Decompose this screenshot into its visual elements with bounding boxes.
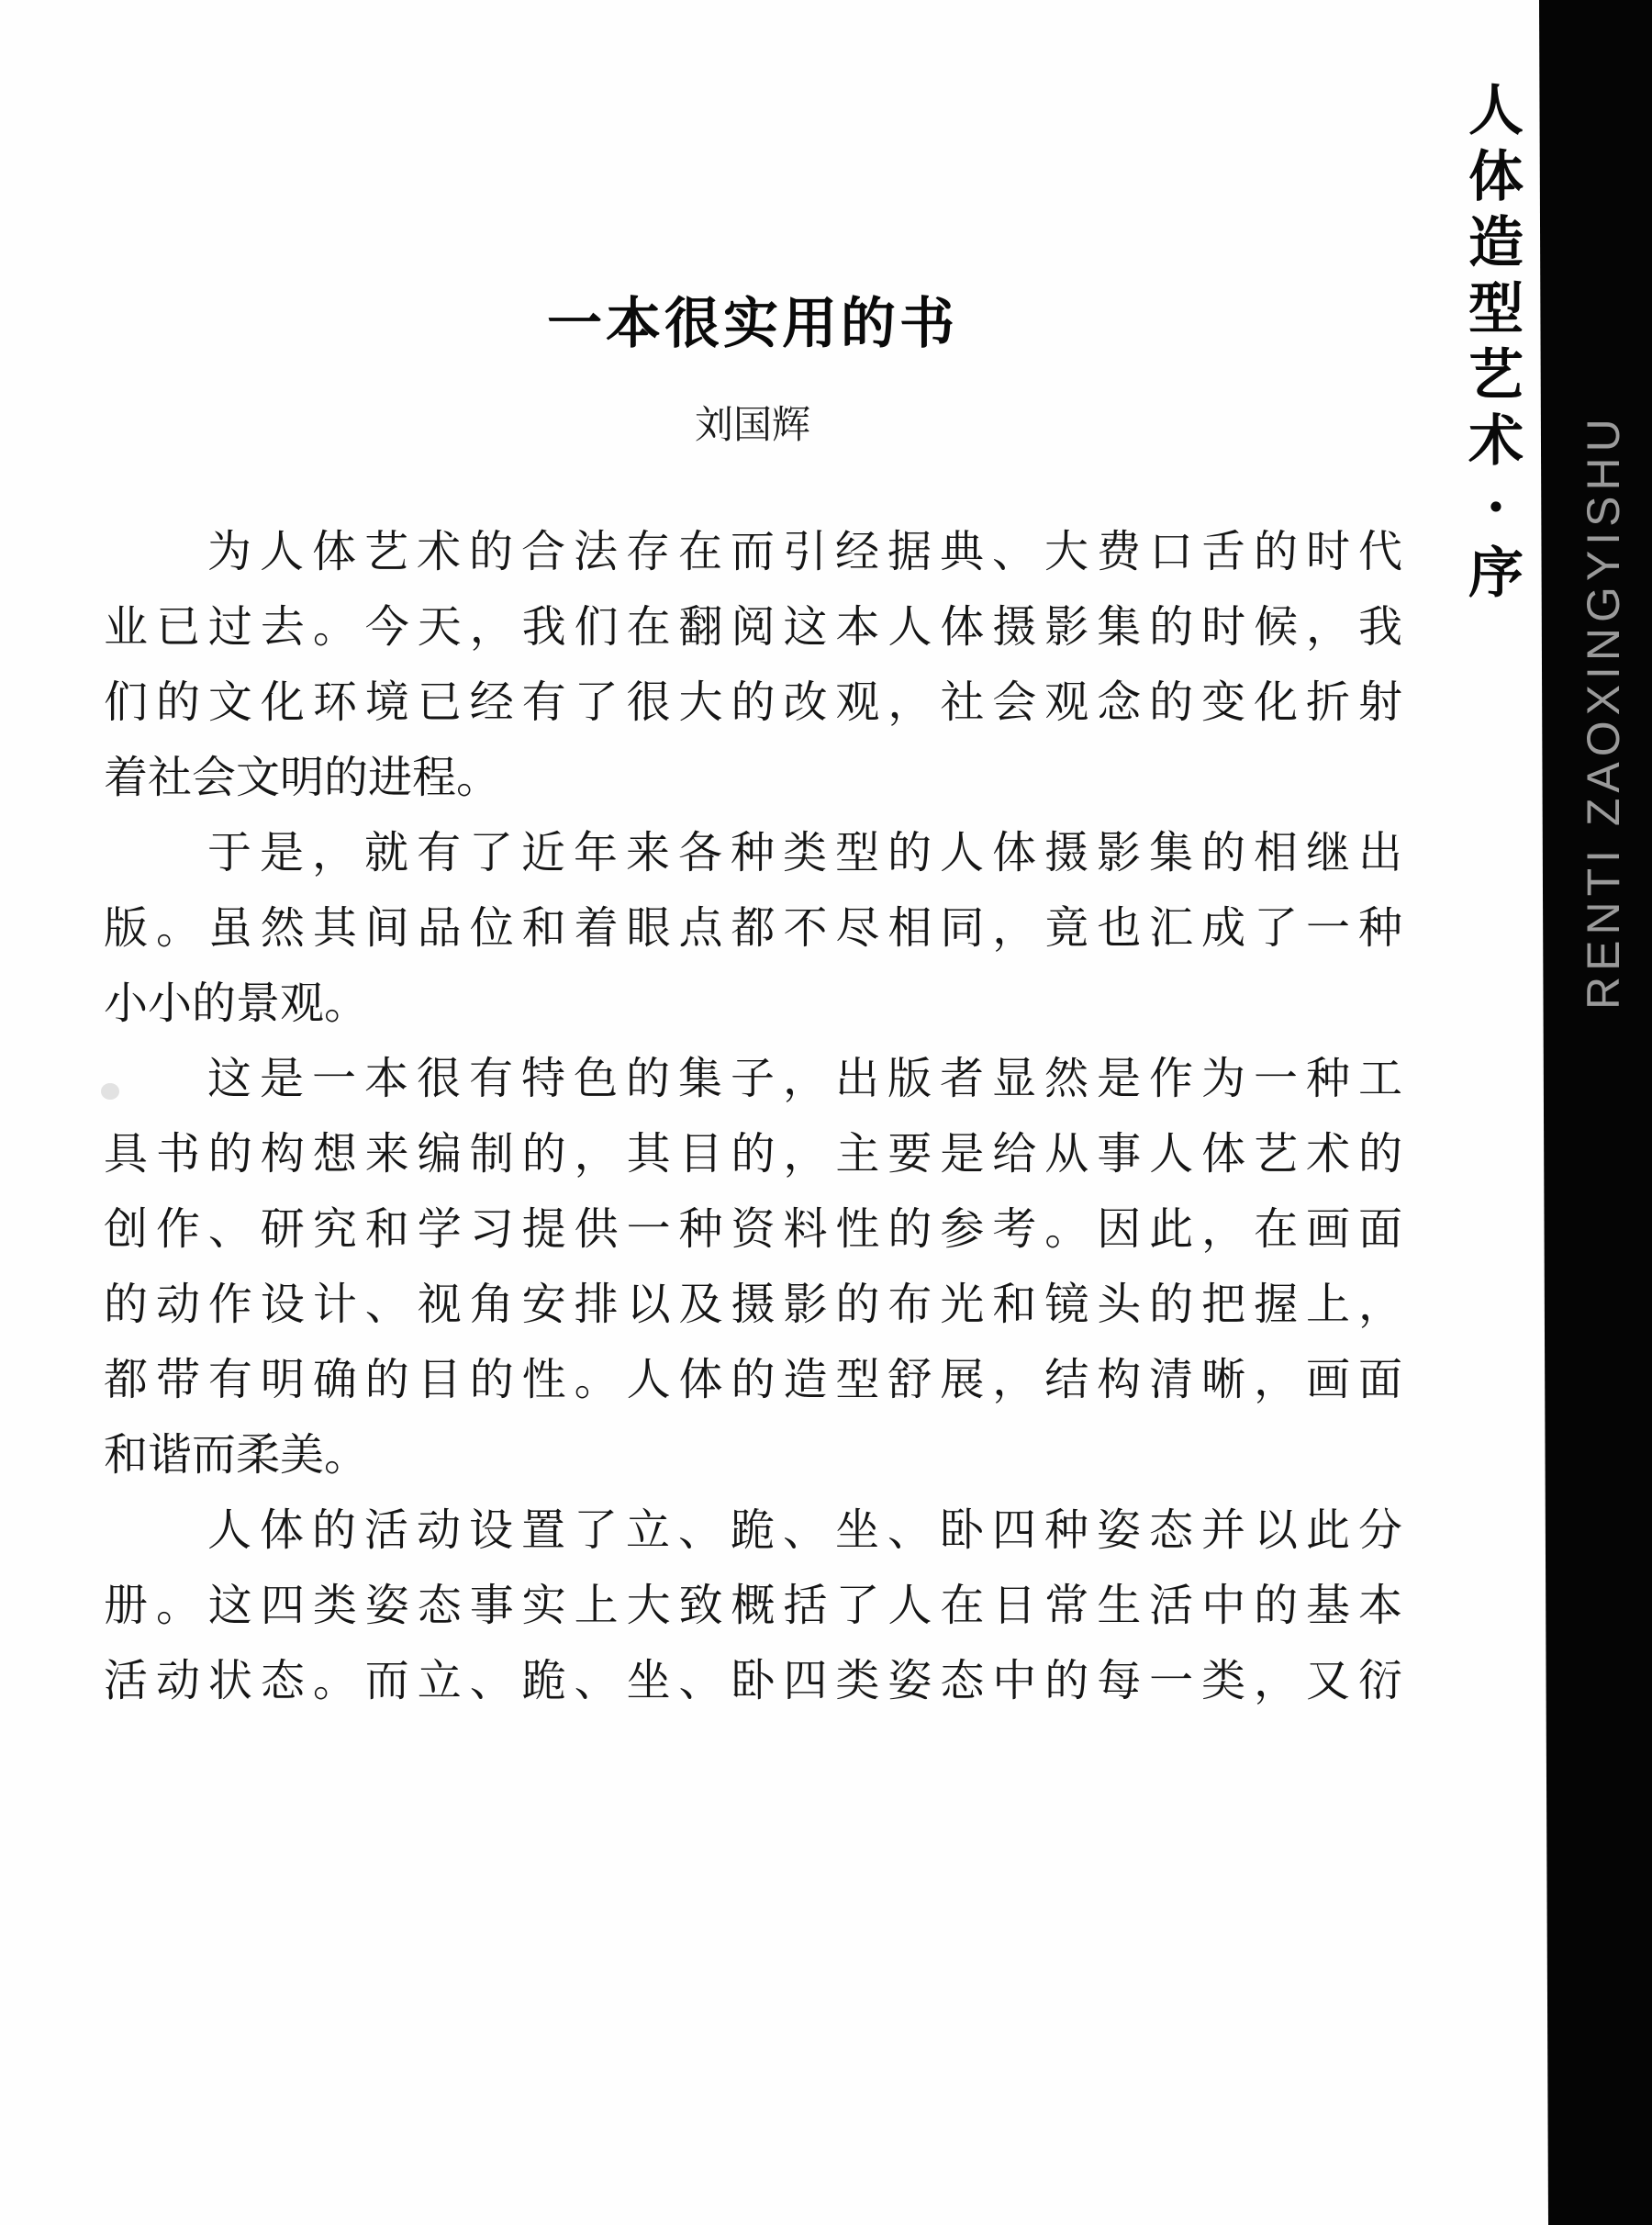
text-line: 于是，就有了近年来各种类型的人体摄影集的相继出 — [104, 815, 1402, 890]
author-name: 刘国辉 — [569, 395, 936, 450]
side-title-char: 人 — [1464, 78, 1528, 144]
text-line: 创作、研究和学习提供一种资料性的参考。因此，在画面 — [104, 1191, 1402, 1267]
page-edge-strip — [1539, 0, 1652, 2225]
text-line: 们的文化环境已经有了很大的改观，社会观念的变化折射 — [104, 665, 1402, 740]
text-line: 和谐而柔美。 — [104, 1417, 1402, 1493]
side-title-char: 艺 — [1464, 342, 1528, 408]
paragraph-2: 于是，就有了近年来各种类型的人体摄影集的相继出 版。虽然其间品位和着眼点都不尽相… — [104, 815, 1402, 1041]
body-text: 为人体艺术的合法存在而引经据典、大费口舌的时代 业已过去。今天，我们在翻阅这本人… — [104, 514, 1402, 1718]
page-title: 一本很实用的书 — [477, 280, 1028, 359]
scan-smudge — [101, 1083, 119, 1100]
text-line: 小小的景观。 — [104, 966, 1402, 1041]
text-line: 版。虽然其间品位和着眼点都不尽相同，竟也汇成了一种 — [104, 890, 1402, 966]
text-line: 着社会文明的进程。 — [104, 740, 1402, 815]
text-line: 具书的构想来编制的，其目的，主要是给从事人体艺术的 — [104, 1116, 1402, 1191]
side-title-char: 型 — [1464, 276, 1528, 342]
paragraph-4: 人体的活动设置了立、跪、坐、卧四种姿态并以此分 册。这四类姿态事实上大致概括了人… — [104, 1493, 1402, 1718]
side-title-char: 术 — [1464, 408, 1528, 475]
vertical-section-title: 人 体 造 型 艺 术 · 序 — [1464, 78, 1528, 607]
strip-romanization: RENTI ZAOXINGYISHU — [1577, 413, 1630, 1010]
side-title-char: 序 — [1464, 541, 1528, 607]
side-title-char: 体 — [1464, 144, 1528, 210]
text-line: 人体的活动设置了立、跪、坐、卧四种姿态并以此分 — [104, 1493, 1402, 1568]
paragraph-3: 这是一本很有特色的集子，出版者显然是作为一种工 具书的构想来编制的，其目的，主要… — [104, 1041, 1402, 1493]
text-line: 都带有明确的目的性。人体的造型舒展，结构清晰，画面 — [104, 1342, 1402, 1417]
text-line: 的动作设计、视角安排以及摄影的布光和镜头的把握上， — [104, 1267, 1402, 1342]
text-line: 业已过去。今天，我们在翻阅这本人体摄影集的时候，我 — [104, 589, 1402, 665]
text-line: 这是一本很有特色的集子，出版者显然是作为一种工 — [104, 1041, 1402, 1116]
side-title-char: 造 — [1464, 210, 1528, 276]
book-page: 一本很实用的书 刘国辉 为人体艺术的合法存在而引经据典、大费口舌的时代 业已过去… — [0, 0, 1652, 2225]
text-line: 活动状态。而立、跪、坐、卧四类姿态中的每一类，又衍 — [104, 1643, 1402, 1718]
text-line: 为人体艺术的合法存在而引经据典、大费口舌的时代 — [104, 514, 1402, 589]
side-title-char: · — [1464, 475, 1528, 541]
paragraph-1: 为人体艺术的合法存在而引经据典、大费口舌的时代 业已过去。今天，我们在翻阅这本人… — [104, 514, 1402, 815]
text-line: 册。这四类姿态事实上大致概括了人在日常生活中的基本 — [104, 1568, 1402, 1643]
